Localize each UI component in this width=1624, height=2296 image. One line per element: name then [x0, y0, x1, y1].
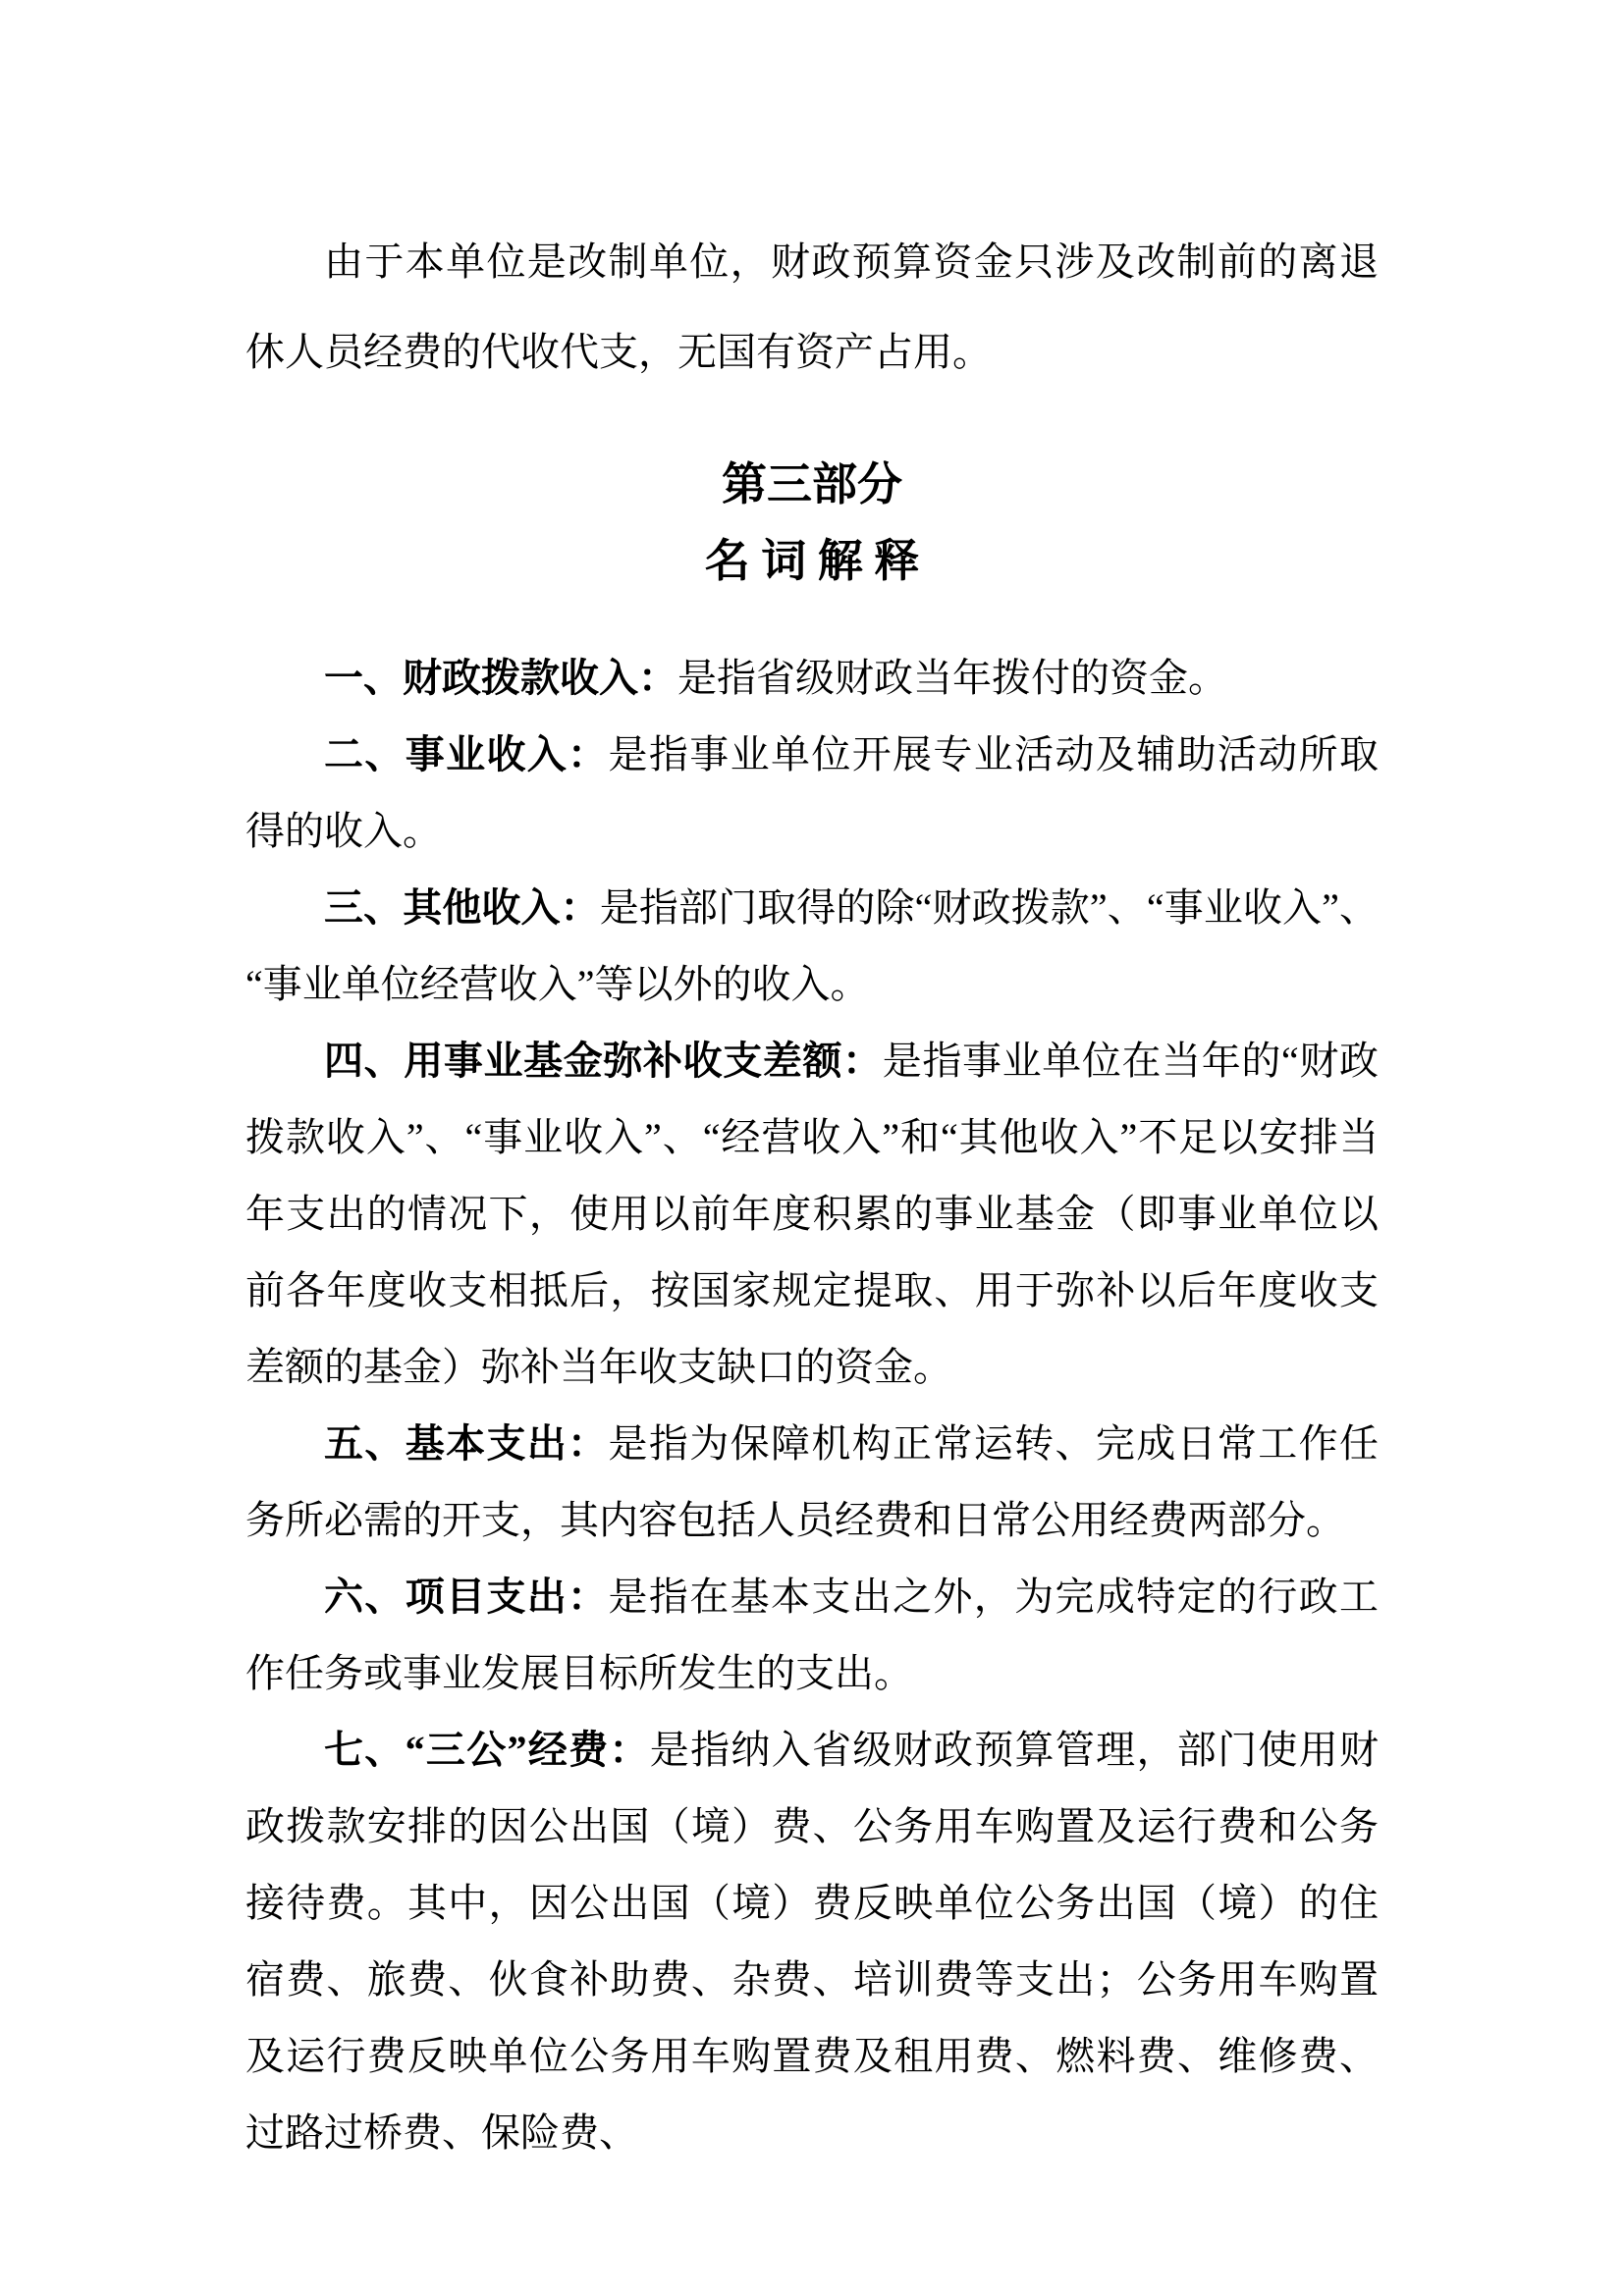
definition-term: 二、事业收入：	[324, 732, 609, 776]
definition-term: 七、“三公”经费：	[324, 1728, 650, 1772]
definition-term: 五、基本支出：	[324, 1421, 609, 1466]
document-page: 由于本单位是改制单位，财政预算资金只涉及改制前的离退休人员经费的代收代支，无国有…	[0, 0, 1624, 2296]
opening-section: 由于本单位是改制单位，财政预算资金只涉及改制前的离退休人员经费的代收代支，无国有…	[245, 217, 1379, 398]
section-subheading: 名 词 解 释	[245, 534, 1379, 589]
definition-text: 是指省级财政当年拨付的资金。	[677, 656, 1227, 700]
definition-text: 是指事业单位在当年的“财政拨款收入”、“事业收入”、“经营收入”和“其他收入”不…	[245, 1039, 1379, 1389]
definition-item-1: 一、财政拨款收入：是指省级财政当年拨付的资金。	[245, 640, 1379, 717]
section-headings: 第三部分 名 词 解 释	[245, 457, 1379, 589]
definition-term: 六、项目支出：	[324, 1575, 609, 1619]
definition-term: 三、其他收入：	[324, 885, 600, 930]
definition-term: 一、财政拨款收入：	[324, 656, 677, 700]
definition-term: 四、用事业基金弥补收支差额：	[324, 1039, 883, 1083]
definition-item-7: 七、“三公”经费：是指纳入省级财政预算管理，部门使用财政拨款安排的因公出国（境）…	[245, 1712, 1379, 2171]
section-heading: 第三部分	[245, 457, 1379, 512]
definition-item-6: 六、项目支出：是指在基本支出之外，为完成特定的行政工作任务或事业发展目标所发生的…	[245, 1559, 1379, 1712]
opening-paragraph: 由于本单位是改制单位，财政预算资金只涉及改制前的离退休人员经费的代收代支，无国有…	[245, 217, 1379, 398]
definition-item-3: 三、其他收入：是指部门取得的除“财政拨款”、“事业收入”、“事业单位经营收入”等…	[245, 870, 1379, 1023]
definitions-list: 一、财政拨款收入：是指省级财政当年拨付的资金。 二、事业收入：是指事业单位开展专…	[245, 640, 1379, 2171]
definition-item-2: 二、事业收入：是指事业单位开展专业活动及辅助活动所取得的收入。	[245, 717, 1379, 870]
definition-item-4: 四、用事业基金弥补收支差额：是指事业单位在当年的“财政拨款收入”、“事业收入”、…	[245, 1023, 1379, 1406]
definition-text: 是指纳入省级财政预算管理，部门使用财政拨款安排的因公出国（境）费、公务用车购置及…	[245, 1728, 1379, 2155]
definition-item-5: 五、基本支出：是指为保障机构正常运转、完成日常工作任务所必需的开支，其内容包括人…	[245, 1406, 1379, 1559]
